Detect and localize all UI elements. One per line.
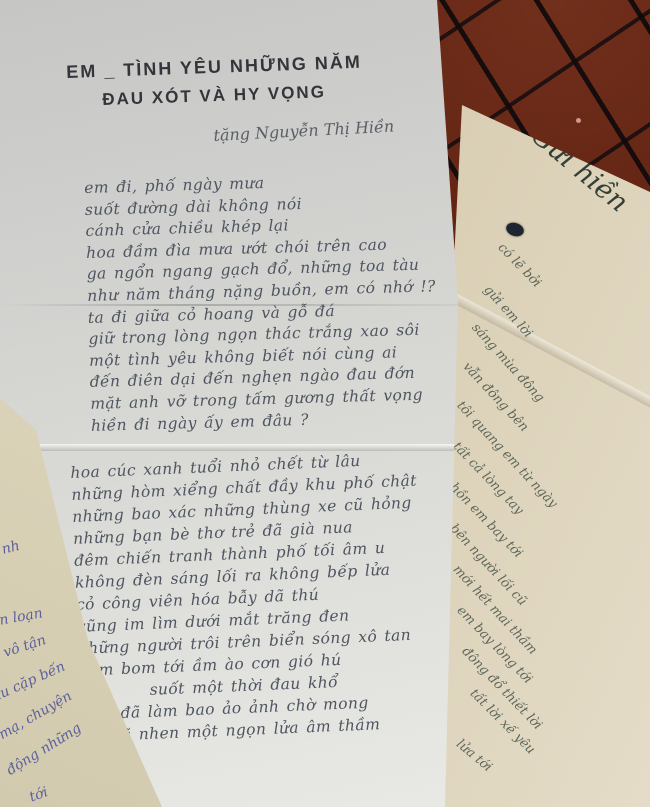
handwriting-fragment: nh [0,538,21,558]
handwriting-fragment: ngủ vô tận [0,632,48,670]
poem-stanza-2: hoa cúc xanh tuổi nhỏ chết từ lâu những … [70,448,427,748]
handwriting-fragment: hồn em bay tới [447,480,526,561]
poem-title-line-2: ĐAU XÓT VÀ HY VỌNG [102,82,326,110]
handwriting-fragment: có lẽ bởi [495,240,544,290]
dedication-line: tặng Nguyễn Thị Hiền [213,117,395,145]
ink-blot [504,221,525,239]
handwriting-fragment: chiến loạn [0,605,44,634]
poem-title-line-1: EM _ TÌNH YÊU NHỮNG NĂM [66,52,362,83]
handwriting-fragment: tới [27,784,50,805]
handwriting-fragment: lửa tới [453,737,495,775]
poem-stanza-1: em đi, phố ngày mưa suốt đường dài không… [84,168,440,437]
photo-of-handwritten-letters: Gửi hiền có lẽ bởi gửi em lời sáng mùa đ… [0,0,650,807]
pin-dot [576,118,581,123]
fold-crease [428,281,650,445]
